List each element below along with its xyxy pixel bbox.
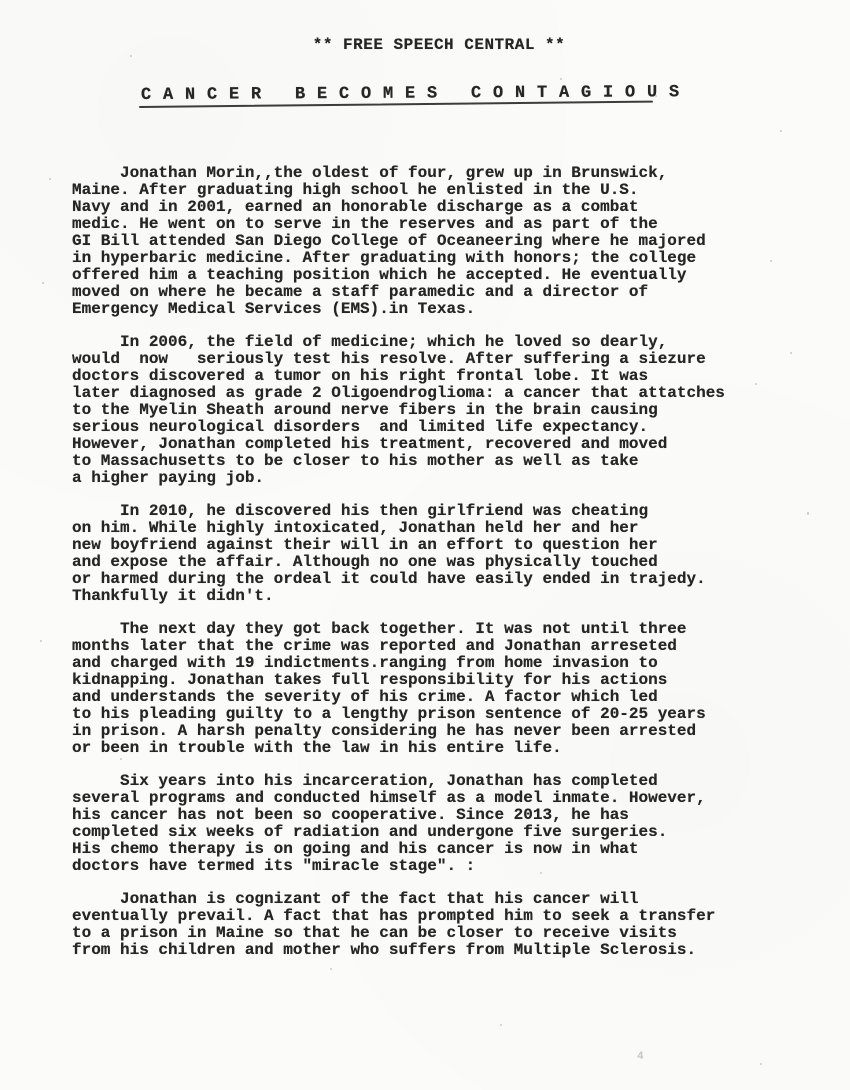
scan-speck <box>780 130 782 132</box>
paragraph-transfer: Jonathan is cognizant of the fact that h… <box>72 891 772 959</box>
document-body: Jonathan Morin,,the oldest of four, grew… <box>72 165 772 975</box>
scan-speck <box>540 872 542 874</box>
stray-page-mark: 4 <box>637 1051 644 1063</box>
scan-speck <box>120 758 122 760</box>
scan-speck <box>42 282 44 284</box>
scan-speck <box>40 640 42 642</box>
masthead: ** FREE SPEECH CENTRAL ** <box>14 36 850 54</box>
scan-speck <box>49 178 51 180</box>
scan-speck <box>770 260 772 262</box>
paragraph-biography: Jonathan Morin,,the oldest of four, grew… <box>72 165 772 318</box>
scan-speck <box>760 1063 762 1065</box>
paragraph-incident: In 2010, he discovered his then girlfrie… <box>72 503 772 605</box>
scan-speck <box>755 383 757 385</box>
scan-speck <box>655 95 657 97</box>
scan-speck <box>790 352 792 354</box>
scan-speck <box>500 1024 502 1026</box>
paragraph-diagnosis: In 2006, the field of medicine; which he… <box>72 334 772 487</box>
scan-speck <box>807 512 809 515</box>
scan-speck <box>330 968 332 970</box>
paragraph-incarceration: Six years into his incarceration, Jonath… <box>72 773 772 875</box>
scanned-document-page: ** FREE SPEECH CENTRAL ** C A N C E R B … <box>0 0 850 1090</box>
paragraph-sentencing: The next day they got back together. It … <box>72 621 772 757</box>
scan-speck <box>130 55 132 57</box>
scan-speck <box>560 78 562 80</box>
